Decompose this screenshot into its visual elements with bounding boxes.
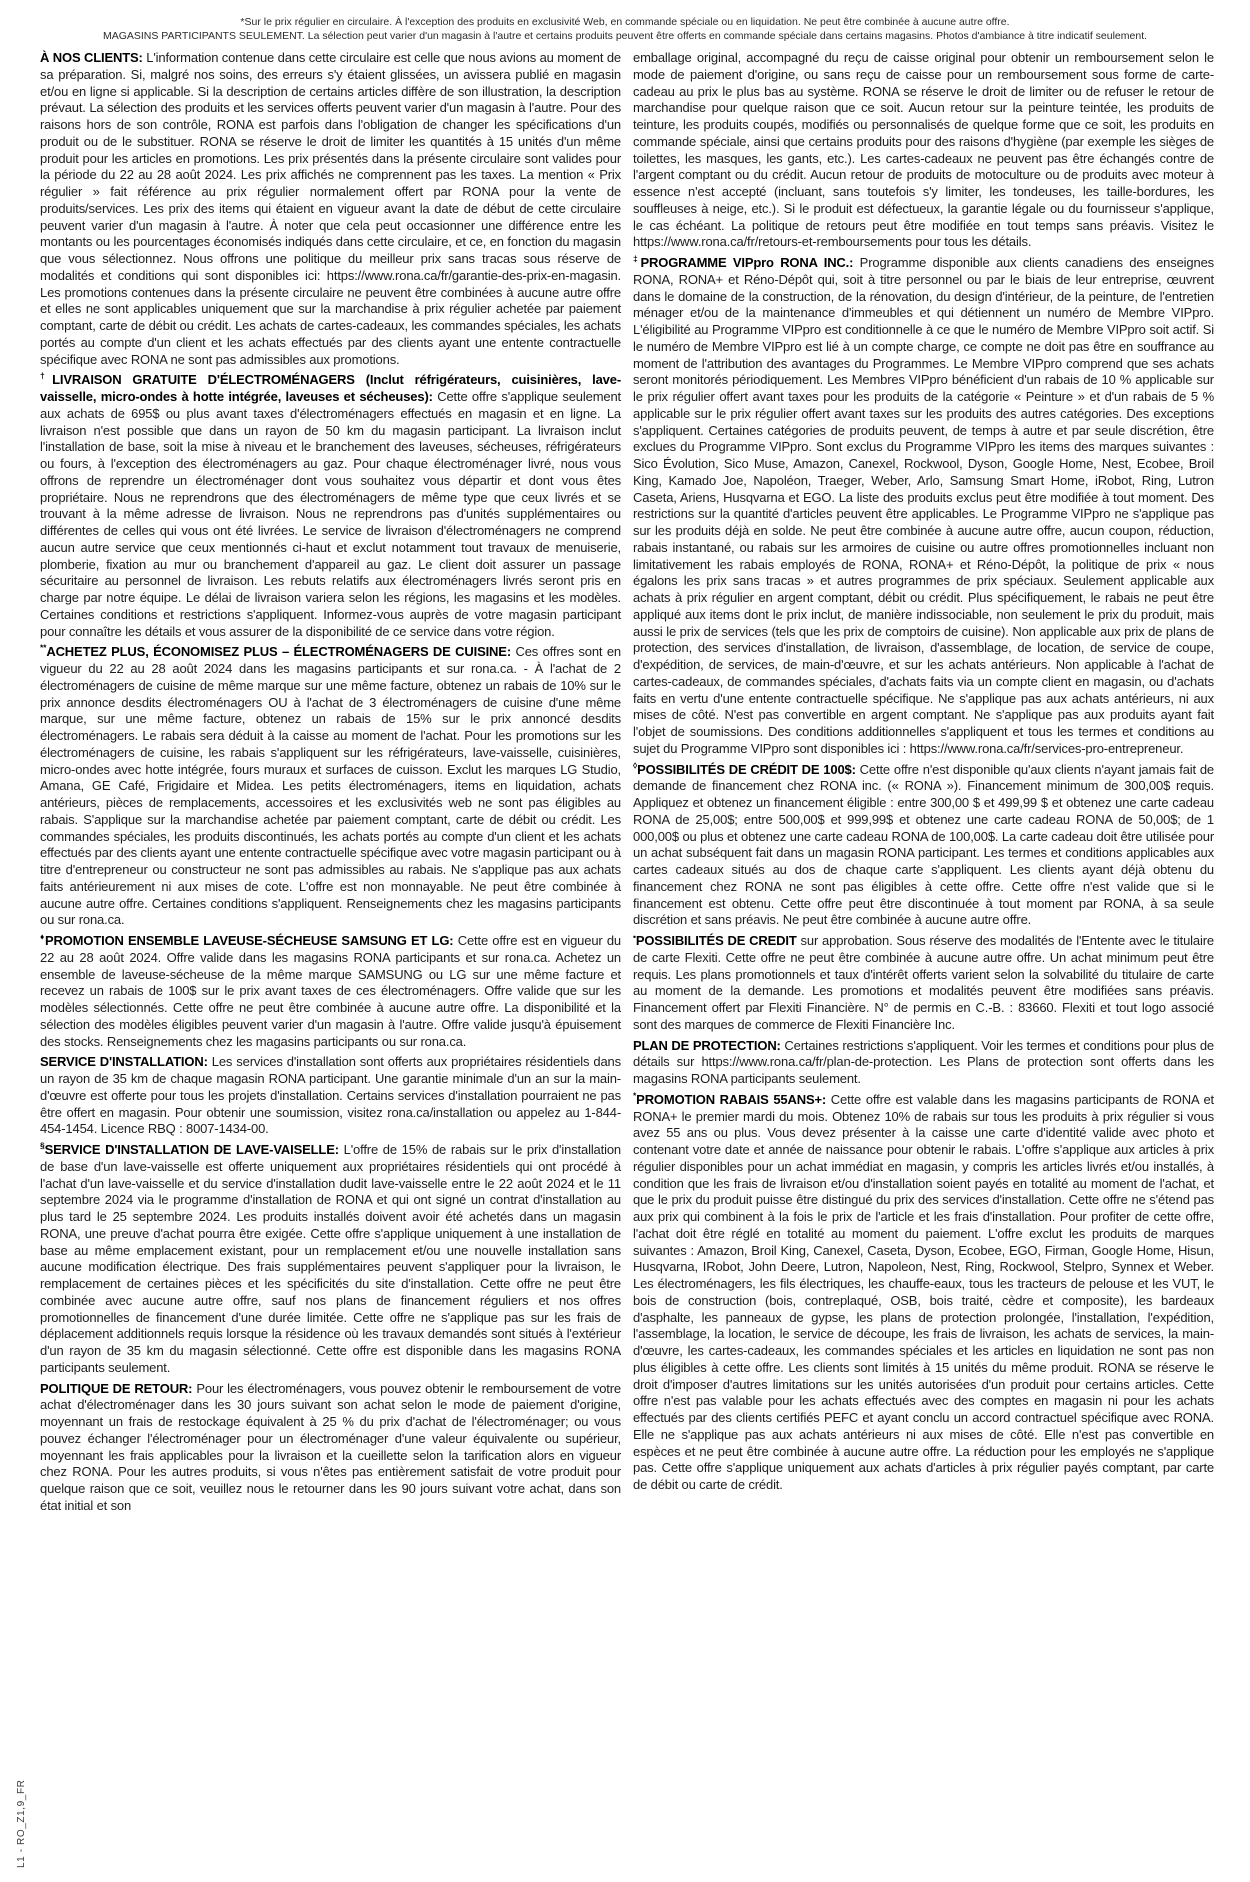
footnote-mark: *: [633, 1090, 636, 1100]
footnote-mark: **: [40, 643, 46, 653]
legal-paragraph: À NOS CLIENTS: L'information contenue da…: [40, 50, 621, 368]
legal-paragraph: *PROMOTION RABAIS 55ANS+: Cette offre es…: [633, 1092, 1214, 1494]
legal-paragraph: SERVICE D'INSTALLATION: Les services d'i…: [40, 1054, 621, 1138]
paragraph-body: L'information contenue dans cette circul…: [40, 50, 621, 367]
paragraph-title: SERVICE D'INSTALLATION:: [40, 1054, 212, 1069]
legal-paragraph: **ACHETEZ PLUS, ÉCONOMISEZ PLUS – ÉLECTR…: [40, 644, 621, 929]
top-note-price-disclaimer: *Sur le prix régulier en circulaire. À l…: [0, 16, 1250, 30]
footnote-mark: •: [633, 932, 636, 942]
legal-paragraph: §SERVICE D'INSTALLATION DE LAVE-VAISELLE…: [40, 1142, 621, 1377]
paragraph-title: *PROMOTION RABAIS 55ANS+:: [633, 1092, 831, 1107]
legal-paragraph: †LIVRAISON GRATUITE D'ÉLECTROMÉNAGERS (I…: [40, 372, 621, 640]
paragraph-title: §SERVICE D'INSTALLATION DE LAVE-VAISELLE…: [40, 1142, 344, 1157]
paragraph-title: ‡PROGRAMME VIPpro RONA INC.:: [633, 255, 860, 270]
footnote-mark: ◊: [633, 760, 637, 770]
edition-code: L1 - RO_Z1,9_FR: [16, 1780, 27, 1868]
paragraph-body: Programme disponible aux clients canadie…: [633, 255, 1214, 756]
legal-paragraph: POLITIQUE DE RETOUR: Pour les électromén…: [40, 1381, 621, 1515]
paragraph-body: Cette offre est valable dans les magasin…: [633, 1092, 1214, 1492]
paragraph-title: POLITIQUE DE RETOUR:: [40, 1381, 196, 1396]
legal-column-right: emballage original, accompagné du reçu d…: [633, 50, 1214, 1519]
legal-paragraph: ◊POSSIBILITÉS DE CRÉDIT DE 100$: Cette o…: [633, 762, 1214, 930]
legal-paragraph: ♦PROMOTION ENSEMBLE LAVEUSE-SÉCHEUSE SAM…: [40, 933, 621, 1050]
paragraph-title: ♦PROMOTION ENSEMBLE LAVEUSE-SÉCHEUSE SAM…: [40, 933, 458, 948]
paragraph-body: Ces offres sont en vigueur du 22 au 28 a…: [40, 644, 621, 927]
legal-column-left: À NOS CLIENTS: L'information contenue da…: [40, 50, 621, 1519]
paragraph-body: Cette offre n'est disponible qu'aux clie…: [633, 762, 1214, 928]
legal-paragraph: ‡PROGRAMME VIPpro RONA INC.: Programme d…: [633, 255, 1214, 758]
flyer-legal-page: *Sur le prix régulier en circulaire. À l…: [0, 0, 1250, 1519]
legal-text-columns: À NOS CLIENTS: L'information contenue da…: [0, 43, 1250, 1519]
legal-paragraph: emballage original, accompagné du reçu d…: [633, 50, 1214, 251]
paragraph-title: **ACHETEZ PLUS, ÉCONOMISEZ PLUS – ÉLECTR…: [40, 644, 515, 659]
paragraph-title: À NOS CLIENTS:: [40, 50, 146, 65]
footnote-mark: ‡: [633, 254, 640, 264]
paragraph-body: L'offre de 15% de rabais sur le prix d'i…: [40, 1142, 621, 1375]
paragraph-body: Cette offre est en vigueur du 22 au 28 a…: [40, 933, 621, 1049]
paragraph-body: emballage original, accompagné du reçu d…: [633, 50, 1214, 249]
paragraph-body: Cette offre s'applique seulement aux ach…: [40, 389, 621, 639]
legal-paragraph: PLAN DE PROTECTION: Certaines restrictio…: [633, 1038, 1214, 1088]
paragraph-title: •POSSIBILITÉS DE CREDIT: [633, 933, 801, 948]
footnote-mark: ♦: [40, 932, 45, 942]
top-notes: *Sur le prix régulier en circulaire. À l…: [0, 0, 1250, 43]
paragraph-body: Pour les électroménagers, vous pouvez ob…: [40, 1381, 621, 1513]
paragraph-title: PLAN DE PROTECTION:: [633, 1038, 784, 1053]
legal-paragraph: •POSSIBILITÉS DE CREDIT sur approbation.…: [633, 933, 1214, 1034]
top-note-participating-stores: MAGASINS PARTICIPANTS SEULEMENT. La séle…: [0, 30, 1250, 44]
footnote-mark: †: [40, 371, 52, 381]
footnote-mark: §: [40, 1141, 45, 1151]
paragraph-title: ◊POSSIBILITÉS DE CRÉDIT DE 100$:: [633, 762, 860, 777]
